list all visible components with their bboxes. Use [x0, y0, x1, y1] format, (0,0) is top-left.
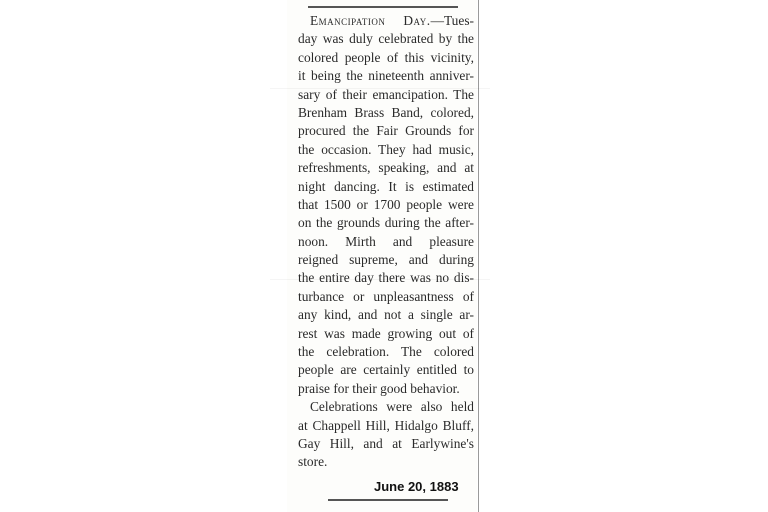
article-body: Emancipation Day.—Tues- day was duly cel… — [298, 12, 474, 472]
text-line: at Chappell Hill, Hidalgo Bluff, — [298, 417, 474, 435]
headline-continuation: —Tues- — [431, 13, 474, 28]
text-line: the occasion. They had music, — [298, 141, 474, 159]
text-line: sary of their emancipation. The — [298, 86, 474, 104]
text-line: Brenham Brass Band, colored, — [298, 104, 474, 122]
headline: Emancipation Day. — [310, 13, 431, 28]
bottom-separator-rule — [328, 499, 448, 501]
text-line: noon. Mirth and pleasure — [298, 233, 474, 251]
text-line: Celebrations were also held — [298, 398, 474, 416]
text-line: the entire day there was no dis- — [298, 269, 474, 287]
text-line: it being the nineteenth anniver- — [298, 67, 474, 85]
cut-off-next-article — [330, 506, 460, 512]
text-line: colored people of this vicinity, — [298, 49, 474, 67]
text-line: on the grounds during the after- — [298, 214, 474, 232]
text-line: reigned supreme, and during — [298, 251, 474, 269]
text-line: any kind, and not a single ar- — [298, 306, 474, 324]
text-line: that 1500 or 1700 people were — [298, 196, 474, 214]
column-rule — [478, 0, 479, 512]
text-line: night dancing. It is estimated — [298, 178, 474, 196]
text-line: refreshments, speaking, and at — [298, 159, 474, 177]
date-annotation: June 20, 1883 — [374, 479, 459, 494]
text-line: the celebration. The colored — [298, 343, 474, 361]
text-line: store. — [298, 453, 474, 471]
text-line: procured the Fair Grounds for — [298, 122, 474, 140]
text-line: day was duly celebrated by the — [298, 30, 474, 48]
text-line: turbance or unpleasantness of — [298, 288, 474, 306]
text-line: people are certainly entitled to — [298, 361, 474, 379]
text-line: Gay Hill, and at Earlywine's — [298, 435, 474, 453]
text-line: praise for their good behavior. — [298, 380, 474, 398]
text-line: rest was made growing out of — [298, 325, 474, 343]
headline-line: Emancipation Day.—Tues- — [298, 12, 474, 30]
top-separator-rule — [308, 6, 458, 8]
